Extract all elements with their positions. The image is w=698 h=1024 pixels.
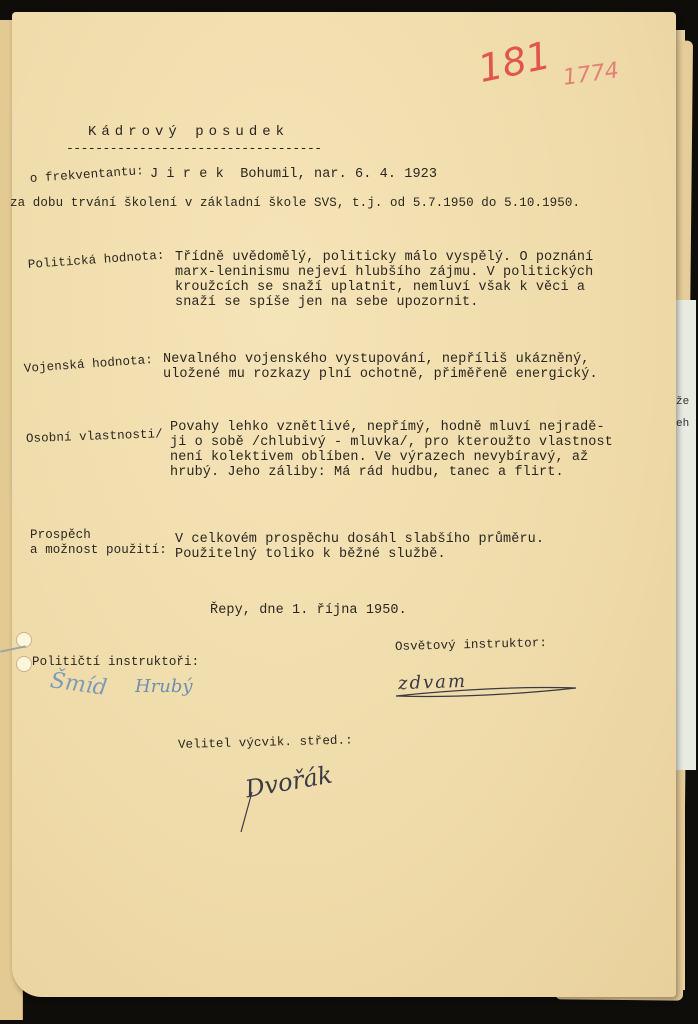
place-date: Řepy, dne 1. října 1950. [210, 603, 407, 618]
title-underline: ----------------------------------- [66, 141, 322, 156]
section-line: snaží se spíše jen na sebe upozornit. [175, 295, 478, 310]
signature-flourish [392, 680, 582, 702]
tab-fragment: eh [676, 418, 689, 430]
section-line: marx-leninismu nejeví hlubšího zájmu. V … [175, 265, 593, 280]
signature-tail [238, 790, 258, 835]
section-label-performance-2: a možnost použití: [30, 543, 167, 558]
section-label-performance-1: Prospěch [30, 528, 91, 543]
tab-fragment: že [676, 396, 689, 408]
subject-value: J i r e k Bohumil, nar. 6. 4. 1923 [150, 167, 437, 182]
section-line: Použitelný toliko k běžné službě. [175, 547, 446, 562]
section-line: Třídně uvědomělý, politicky málo vyspělý… [175, 250, 593, 265]
section-line: Nevalného vojenského vystupování, nepříl… [163, 352, 589, 367]
period-text: za dobu trvání školení v základní škole … [10, 196, 580, 211]
document-page [12, 12, 676, 997]
section-line: hrubý. Jeho záliby: Má rád hudbu, tanec … [170, 465, 564, 480]
document-title: Kádrový posudek [88, 125, 289, 140]
section-line: uložené mu rozkazy plní ochotně, přiměře… [163, 367, 598, 382]
section-line: V celkovém prospěchu dosáhl slabšího prů… [175, 532, 544, 547]
section-line: není kolektivem oblíben. Ve výrazech nev… [170, 450, 588, 465]
binding-hole [16, 656, 32, 672]
political-instructors-label: Političtí instruktoři: [32, 655, 199, 670]
section-line: ji o sobě /chlubivý - mluvka/, pro ktero… [170, 435, 613, 450]
section-line: Povahy lehko vznětlivé, nepřímý, hodně m… [170, 420, 605, 435]
signature-political-2: Hrubý [135, 676, 193, 697]
section-line: kroužcích se snaží uplatnit, nemluví vša… [175, 280, 585, 295]
